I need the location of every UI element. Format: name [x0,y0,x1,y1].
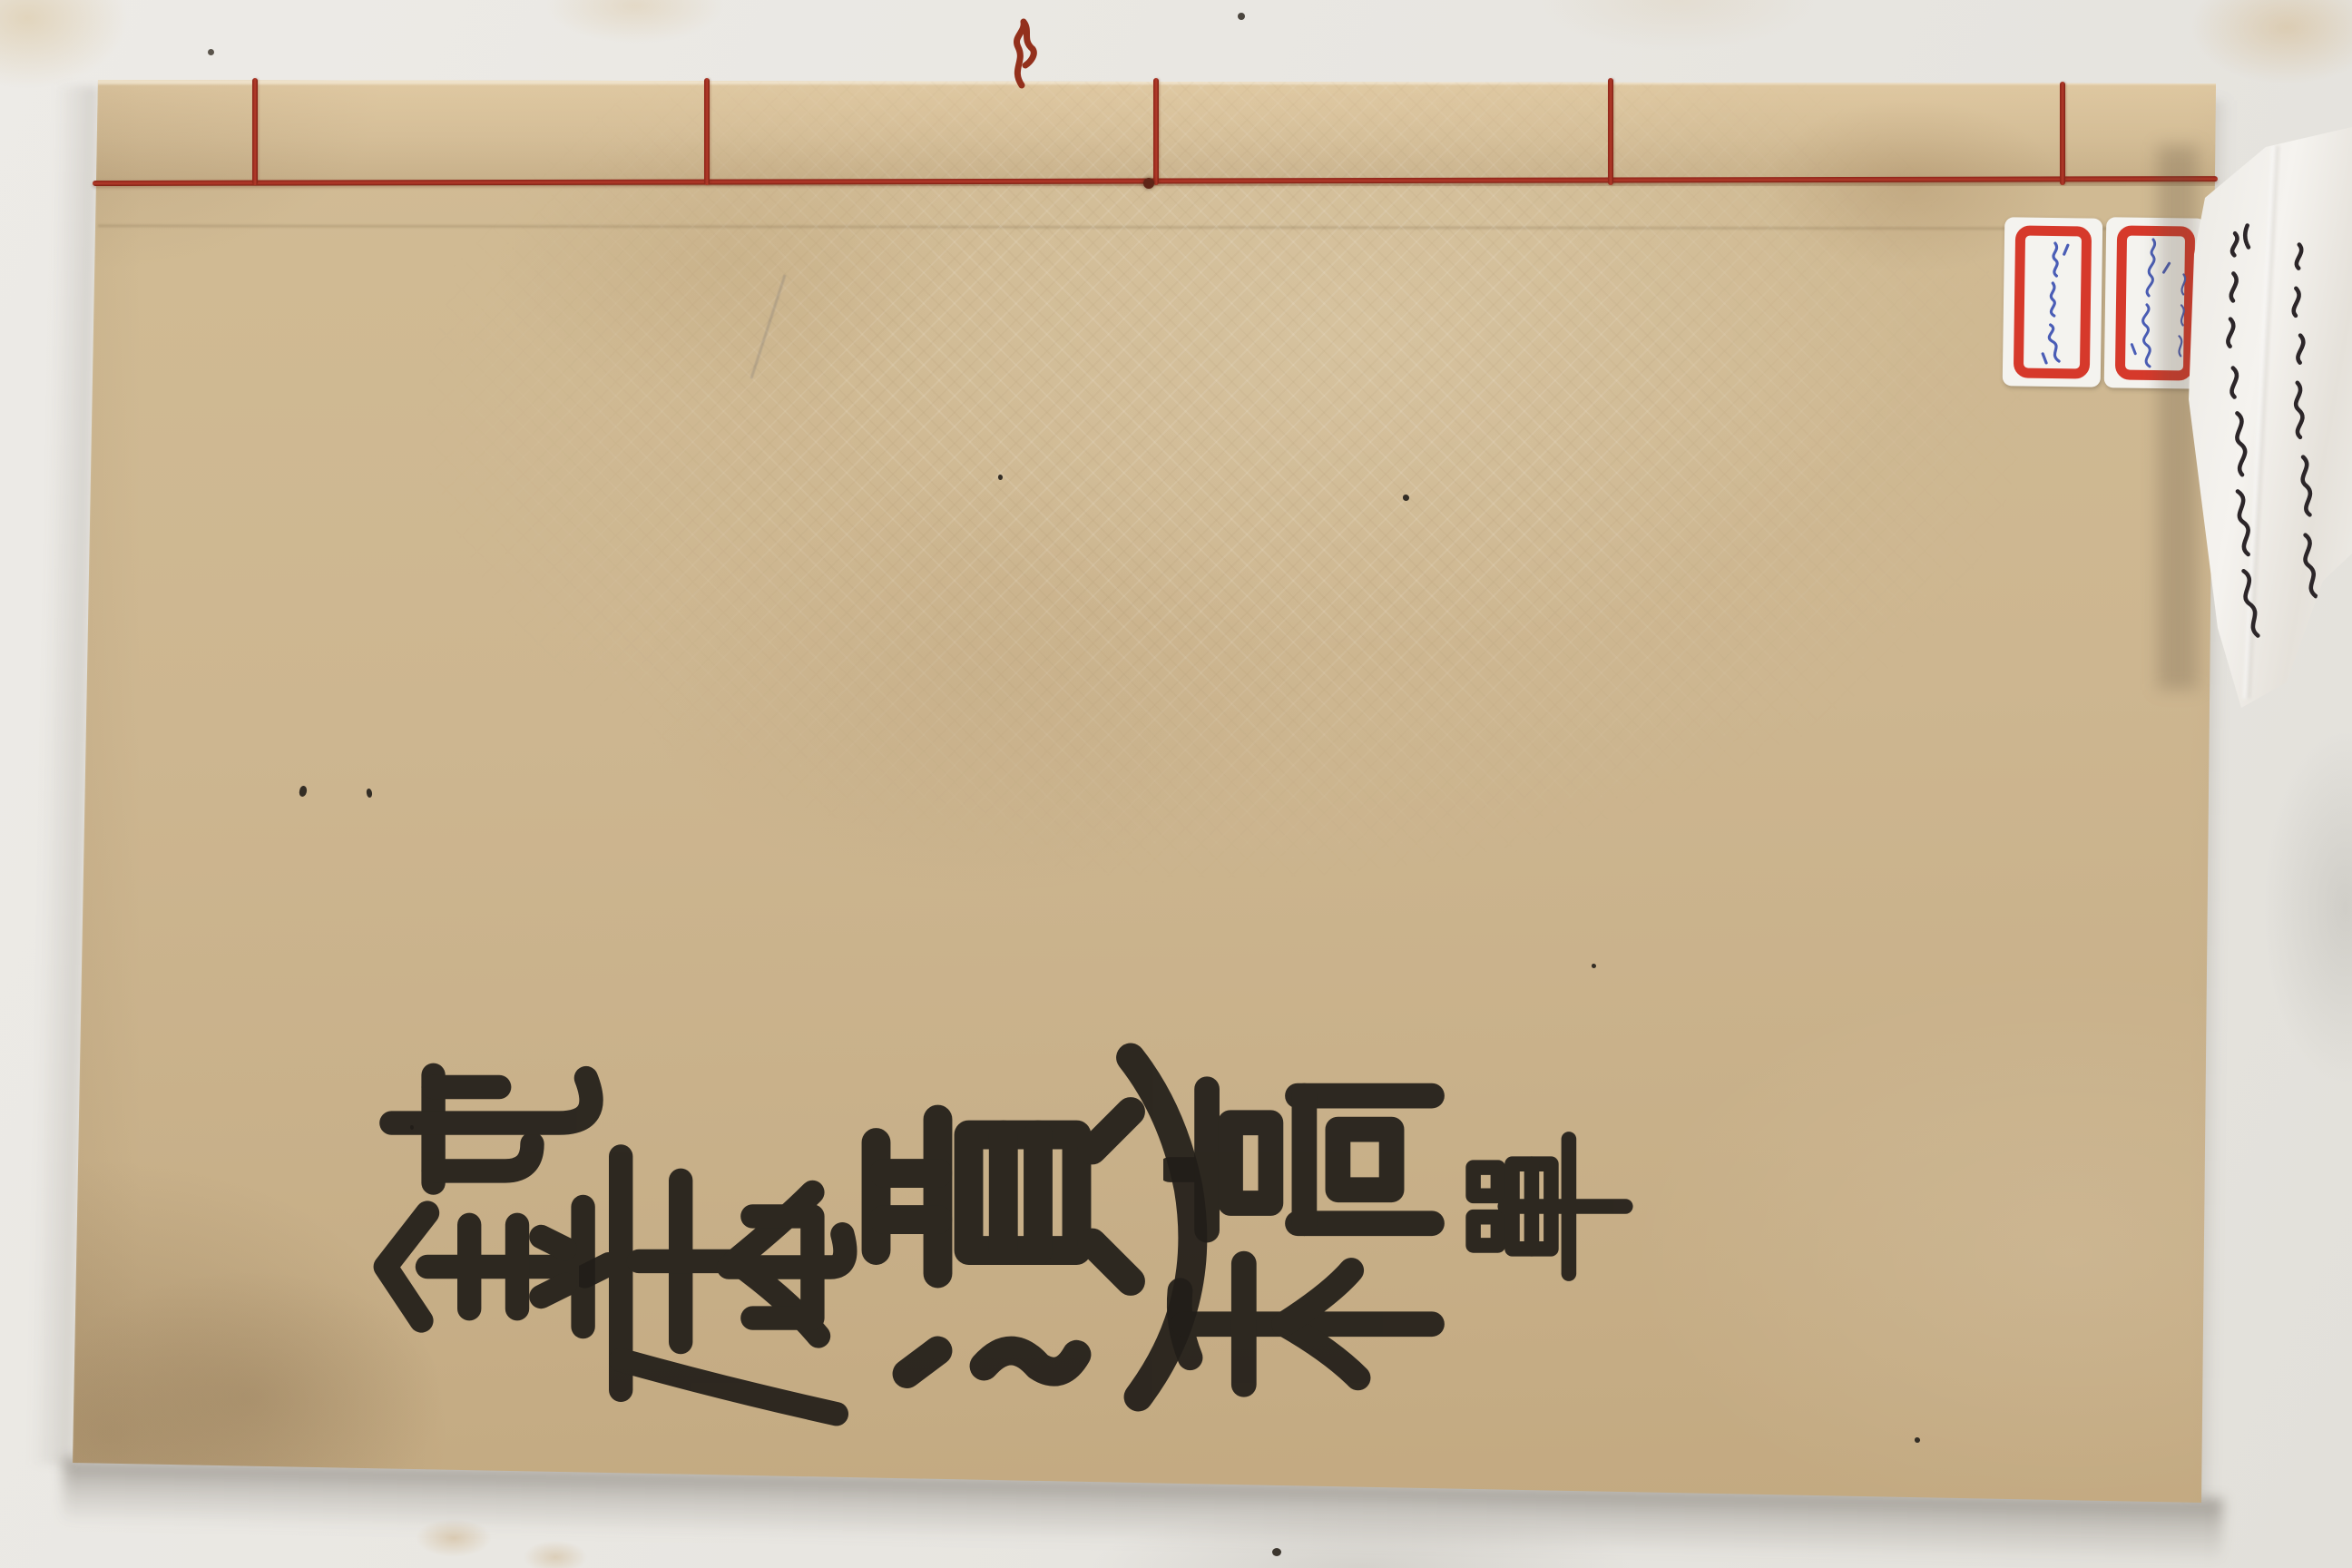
binding-thread-loop [2060,82,2065,185]
title-character-4 [1163,1069,1499,1405]
backdrop-speck [1238,13,1245,20]
inventory-sticker-left [2003,217,2103,387]
thread-tassel [995,13,1058,89]
photograph-antique-book-cover: 鈍庵遺稿 單 920. 五1책 鈍庵集 이조판 350. 이조 목활자본(…) … [0,0,2352,1568]
backdrop-speck [208,49,214,55]
binding-thread-loop [1153,78,1159,185]
cover-stain [635,472,1325,898]
binding-thread-loop [704,78,710,185]
title-character-2 [579,1132,878,1432]
binding-thread-loop [1608,78,1613,185]
cover-speck [998,475,1003,480]
cover-stain [490,127,962,399]
binding-thread-loop [252,78,258,185]
cover-speck [1592,964,1596,968]
volume-mark-character [1459,1118,1636,1295]
binding-knot-hole [1143,178,1154,189]
backdrop-speck [1272,1548,1281,1556]
cover-speck [1915,1437,1920,1443]
cover-speck [1403,495,1409,501]
sticker-handwriting-blue [2003,217,2103,387]
